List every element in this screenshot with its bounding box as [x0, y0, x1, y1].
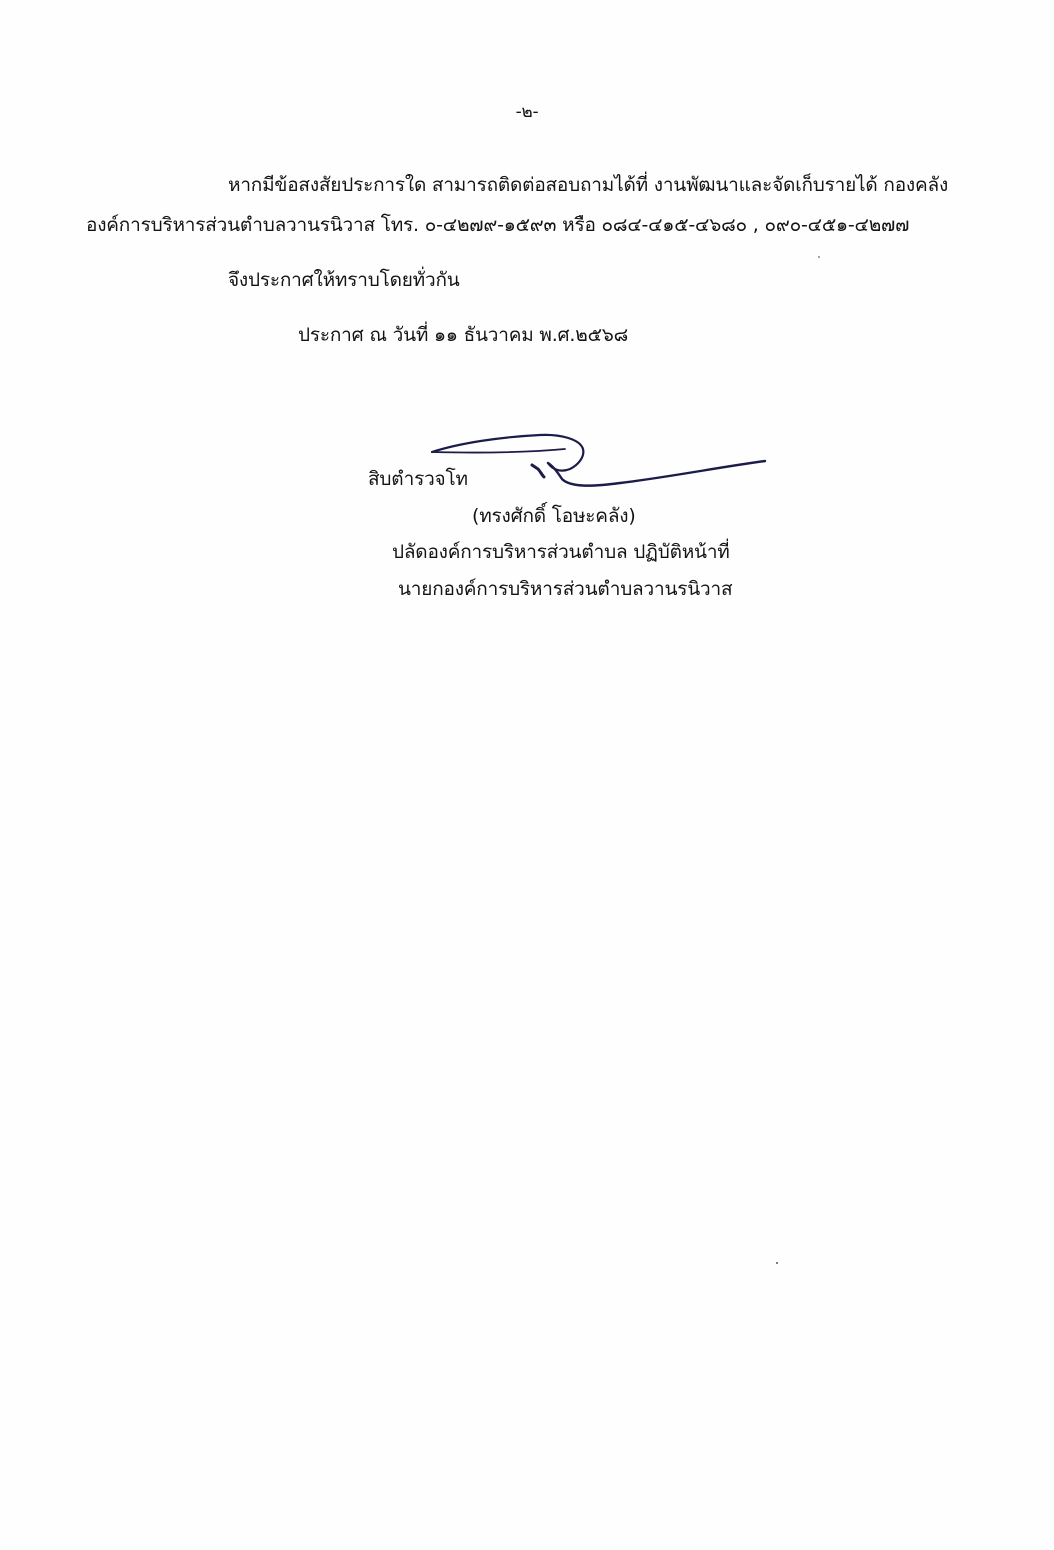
contact-paragraph-line-2: องค์การบริหารส่วนตำบลวานรนิวาส โทร. ๐-๔๒… — [86, 213, 909, 237]
signatory-position-line-1: ปลัดองค์การบริหารส่วนตำบล ปฏิบัติหน้าที่ — [392, 540, 730, 564]
document-page: -๒- หากมีข้อสงสัยประการใด สามารถติดต่อสอ… — [0, 0, 1054, 1550]
signatory-rank: สิบตำรวจโท — [368, 467, 468, 491]
signatory-name: (ทรงศักดิ์ โอษะคลัง) — [472, 504, 636, 528]
closing-statement: จึงประกาศให้ทราบโดยทั่วกัน — [228, 268, 460, 292]
contact-paragraph-line-1: หากมีข้อสงสัยประการใด สามารถติดต่อสอบถาม… — [228, 173, 948, 197]
handwritten-signature — [420, 425, 780, 495]
scan-speck — [818, 256, 820, 258]
scan-speck — [776, 1262, 778, 1264]
announcement-date: ประกาศ ณ วันที่ ๑๑ ธันวาคม พ.ศ.๒๕๖๘ — [298, 323, 628, 347]
page-number: -๒- — [0, 100, 1054, 124]
signatory-position-line-2: นายกองค์การบริหารส่วนตำบลวานรนิวาส — [398, 577, 732, 601]
